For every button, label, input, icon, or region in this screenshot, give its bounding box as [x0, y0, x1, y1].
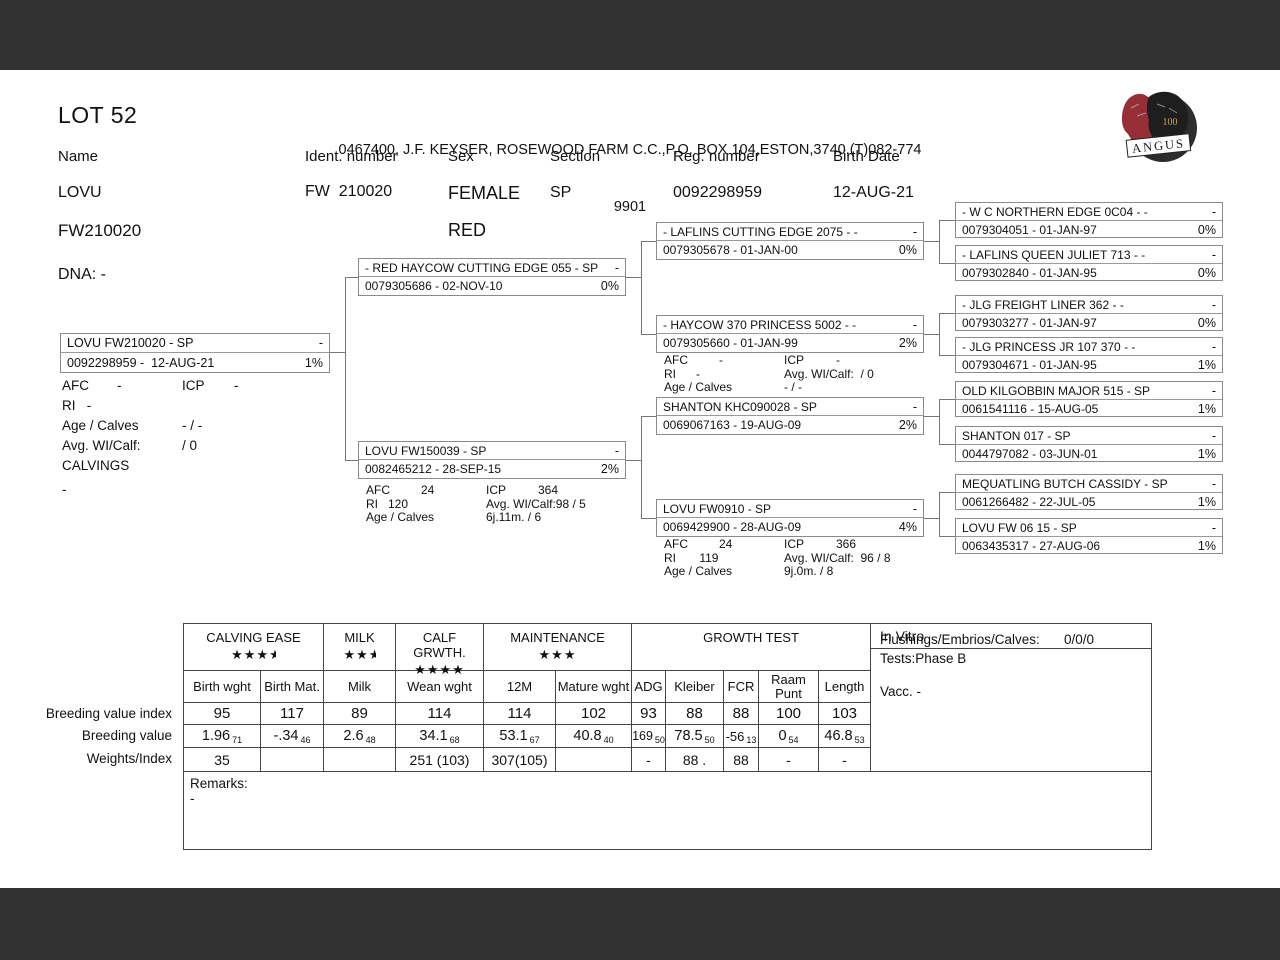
bottom-dark-bar: [0, 888, 1280, 960]
pedigree-connector: [939, 444, 955, 445]
animal-reg: 0079304671 - 01-JAN-95: [962, 358, 1097, 372]
table-cell: 2.648: [324, 725, 396, 747]
label-birth: Birth Date: [833, 148, 900, 165]
pedigree-box-dam: LOVU FW150039 - SP- 0082465212 - 28-SEP-…: [358, 441, 626, 479]
value-colour: RED: [448, 220, 486, 241]
pedigree-connector: [641, 518, 656, 519]
table-cell: 93: [632, 703, 666, 724]
table-cell: -: [819, 748, 871, 771]
table-cell: 103: [819, 703, 871, 724]
row-label-bv: Breeding value: [24, 728, 172, 743]
value-birth: 12-AUG-21: [833, 184, 914, 202]
column-header: 12M: [484, 671, 556, 702]
pedigree-connector: [939, 492, 940, 536]
table-group-row: CALVING EASE★★★★ MILK★★★ CALF GRWTH.★★★★…: [184, 624, 871, 671]
remarks-box: Remarks: -: [184, 771, 1151, 849]
animal-reg: 0069067163 - 19-AUG-09: [663, 418, 801, 432]
pedigree-connector: [939, 263, 955, 264]
label-section: Section: [550, 148, 600, 165]
animal-name: - JLG FREIGHT LINER 362 - -: [962, 298, 1124, 312]
column-header: FCR: [724, 671, 759, 702]
animal-reg: 0079305686 - 02-NOV-10: [365, 279, 502, 293]
catalog-page: LOT 52 0467400, J.F. KEYSER, ROSEWOOD FA…: [0, 0, 1280, 960]
table-cell: 307(105): [484, 748, 556, 771]
column-header: Wean wght: [396, 671, 484, 702]
pedigree-box-gen4-7: LOVU FW 06 15 - SP- 0063435317 - 27-AUG-…: [955, 518, 1223, 554]
weights-index-row: 35 251 (103) 307(105) - 88 . 88 - -: [184, 748, 871, 771]
table-cell: 88 .: [666, 748, 724, 771]
animal-reg: 0069429900 - 28-AUG-09: [663, 520, 801, 534]
invitro-panel: In Vitro Flushings/Embrios/Calves: 0/0/0…: [871, 624, 1151, 771]
pedigree-connector: [924, 416, 939, 417]
pedigree-connector: [641, 241, 642, 334]
animal-reg: 0061266482 - 22-JUL-05: [962, 495, 1095, 509]
value-name: LOVU: [58, 184, 102, 202]
performance-table: CALVING EASE★★★★ MILK★★★ CALF GRWTH.★★★★…: [183, 623, 1152, 850]
animal-name: MEQUATLING BUTCH CASSIDY - SP: [962, 477, 1168, 491]
group-calving-ease: CALVING EASE★★★★: [184, 624, 324, 670]
label-ident: Ident. number: [305, 148, 398, 165]
pedigree-connector: [641, 334, 656, 335]
row-label-bv-index: Breeding value index: [24, 706, 172, 721]
pedigree-connector: [641, 416, 642, 518]
animal-name: SHANTON KHC090028 - SP: [663, 400, 817, 414]
pedigree-box-gen4-2: - JLG FREIGHT LINER 362 - -- 0079303277 …: [955, 295, 1223, 331]
remarks-value: -: [190, 791, 1145, 806]
group-growth-test: GROWTH TEST: [632, 624, 871, 670]
column-header: Length: [819, 671, 871, 702]
pedigree-connector: [345, 277, 346, 460]
animal-reg: 0082465212 - 28-SEP-15: [365, 462, 501, 476]
animal-reg: 0061541116 - 15-AUG-05: [962, 402, 1098, 416]
table-cell: 16950: [632, 725, 666, 747]
value-name-line2: FW210020: [58, 221, 141, 241]
pedigree-box-gen3-0: - LAFLINS CUTTING EDGE 2075 - -- 0079305…: [656, 222, 924, 260]
table-cell: 46.853: [819, 725, 871, 747]
table-cell: 95: [184, 703, 261, 724]
pedigree-connector: [939, 220, 940, 263]
column-header: Birth Mat.: [261, 671, 324, 702]
gen3-dam2-stats: AFC24ICP366 RI 119Avg. WI/Calf: 96 / 8 A…: [664, 537, 924, 578]
pedigree-connector: [626, 277, 641, 278]
animal-reg: 0079302840 - 01-JAN-95: [962, 266, 1097, 280]
column-header: Milk: [324, 671, 396, 702]
pedigree-connector: [939, 536, 955, 537]
animal-reg: 0044797082 - 03-JUN-01: [962, 447, 1097, 461]
pedigree-connector: [939, 220, 955, 221]
animal-name: - LAFLINS QUEEN JULIET 713 - -: [962, 248, 1145, 262]
table-cell: -5613: [724, 725, 759, 747]
table-cell: [324, 748, 396, 771]
top-dark-bar: [0, 0, 1280, 70]
star-rating: ★★★: [324, 647, 395, 663]
pedigree-connector: [641, 241, 656, 242]
animal-reg: 0063435317 - 27-AUG-06: [962, 539, 1100, 553]
value-reg: 0092298959: [673, 184, 762, 202]
table-cell: -: [759, 748, 819, 771]
animal-name: - JLG PRINCESS JR 107 370 - -: [962, 340, 1135, 354]
breeding-value-index-row: 95 117 89 114 114 102 93 88 88 100 103: [184, 703, 871, 725]
pedigree-connector: [641, 416, 656, 417]
dna-field: DNA: -: [58, 266, 106, 284]
pedigree-connector: [939, 399, 955, 400]
pedigree-box-gen4-6: MEQUATLING BUTCH CASSIDY - SP- 006126648…: [955, 474, 1223, 510]
column-header: Birth wght: [184, 671, 261, 702]
table-cell: 53.167: [484, 725, 556, 747]
table-cell: 89: [324, 703, 396, 724]
animal-name: - LAFLINS CUTTING EDGE 2075 - -: [663, 225, 858, 239]
flushings-value: 0/0/0: [1064, 632, 1094, 647]
table-cell: [556, 748, 632, 771]
column-header: ADG: [632, 671, 666, 702]
star-rating: ★★★: [484, 647, 631, 663]
label-name: Name: [58, 148, 98, 165]
table-cell: 114: [484, 703, 556, 724]
tests-value: Tests:Phase B: [880, 651, 966, 666]
animal-name: - W C NORTHERN EDGE 0C04 - -: [962, 205, 1148, 219]
value-sex: FEMALE: [448, 183, 520, 204]
pedigree-box-gen4-3: - JLG PRINCESS JR 107 370 - -- 007930467…: [955, 337, 1223, 373]
animal-name: LOVU FW 06 15 - SP: [962, 521, 1077, 535]
breeding-value-row: 1.9671 -.3446 2.648 34.168 53.167 40.840…: [184, 725, 871, 748]
table-cell: 88: [724, 703, 759, 724]
table-cell: 35: [184, 748, 261, 771]
animal-name: - RED HAYCOW CUTTING EDGE 055 - SP: [365, 261, 598, 275]
table-cell: 78.550: [666, 725, 724, 747]
pedigree-box-subject: LOVU FW210020 - SP- 0092298959 - 12-AUG-…: [60, 333, 330, 373]
vacc-value: Vacc. -: [880, 684, 921, 699]
lot-number: LOT 52: [58, 102, 137, 129]
animal-name: - HAYCOW 370 PRINCESS 5002 - -: [663, 318, 856, 332]
pedigree-box-gen4-0: - W C NORTHERN EDGE 0C04 - -- 0079304051…: [955, 202, 1223, 238]
angus-logo-icon: 100 ANGUS: [1117, 86, 1197, 175]
table-header-row: Birth wght Birth Mat. Milk Wean wght 12M…: [184, 671, 871, 703]
table-cell: 1.9671: [184, 725, 261, 747]
star-rating: ★★★★: [184, 647, 323, 663]
animal-reg: 0079303277 - 01-JAN-97: [962, 316, 1097, 330]
table-cell: 102: [556, 703, 632, 724]
pedigree-connector: [345, 460, 358, 461]
pedigree-connector: [924, 241, 939, 242]
table-cell: 88: [666, 703, 724, 724]
table-cell: [261, 748, 324, 771]
column-header: Raam Punt: [759, 671, 819, 702]
column-header: Kleiber: [666, 671, 724, 702]
animal-name: LOVU FW210020 - SP: [67, 336, 193, 350]
pedigree-box-gen3-1: - HAYCOW 370 PRINCESS 5002 - -- 00793056…: [656, 315, 924, 353]
label-sex: Sex: [448, 148, 474, 165]
animal-name: LOVU FW150039 - SP: [365, 444, 486, 458]
pedigree-box-gen4-4: OLD KILGOBBIN MAJOR 515 - SP- 0061541116…: [955, 381, 1223, 417]
table-cell: -.3446: [261, 725, 324, 747]
gen3-dam-stats: AFC-ICP- RI -Avg. WI/Calf: / 0 Age / Cal…: [664, 353, 924, 394]
pedigree-connector: [939, 399, 940, 444]
pedigree-box-gen3-2: SHANTON KHC090028 - SP- 0069067163 - 19-…: [656, 397, 924, 435]
animal-name: OLD KILGOBBIN MAJOR 515 - SP: [962, 384, 1150, 398]
pedigree-connector: [924, 334, 939, 335]
group-maintenance: MAINTENANCE★★★: [484, 624, 632, 670]
pedigree-connector: [939, 313, 940, 355]
pedigree-box-gen3-3: LOVU FW0910 - SP- 0069429900 - 28-AUG-09…: [656, 499, 924, 537]
svg-text:100: 100: [1163, 117, 1178, 128]
pedigree-box-sire: - RED HAYCOW CUTTING EDGE 055 - SP- 0079…: [358, 258, 626, 296]
flushings-label: Flushings/Embrios/Calves:: [880, 632, 1040, 647]
pedigree-connector: [924, 518, 939, 519]
pedigree-connector: [626, 460, 641, 461]
table-cell: 054: [759, 725, 819, 747]
row-label-weights: Weights/Index: [24, 751, 172, 766]
subject-stats: AFC-ICP- RI - Age / Calves- / - Avg. WI/…: [62, 378, 330, 502]
table-cell: -: [632, 748, 666, 771]
table-cell: 114: [396, 703, 484, 724]
animal-reg: 0079304051 - 01-JAN-97: [962, 223, 1097, 237]
table-cell: 88: [724, 748, 759, 771]
breeder-address: 0467400, J.F. KEYSER, ROSEWOOD FARM C.C.…: [210, 103, 1050, 255]
pedigree-connector: [345, 277, 358, 278]
column-header: Mature wght: [556, 671, 632, 702]
table-cell: 117: [261, 703, 324, 724]
dam-stats: AFC24ICP364 RI 120Avg. WI/Calf:98 / 5 Ag…: [366, 483, 626, 524]
table-cell: 251 (103): [396, 748, 484, 771]
remarks-label: Remarks:: [190, 776, 1145, 791]
animal-reg: 0092298959 - 12-AUG-21: [67, 356, 214, 370]
animal-reg: 0079305660 - 01-JAN-99: [663, 336, 798, 350]
table-cell: 40.840: [556, 725, 632, 747]
table-cell: 100: [759, 703, 819, 724]
pedigree-connector: [939, 355, 955, 356]
pedigree-connector: [330, 352, 345, 353]
group-calf-growth: CALF GRWTH.★★★★: [396, 624, 484, 670]
table-cell: 34.168: [396, 725, 484, 747]
group-milk: MILK★★★: [324, 624, 396, 670]
pedigree-connector: [939, 313, 955, 314]
pedigree-box-gen4-5: SHANTON 017 - SP- 0044797082 - 03-JUN-01…: [955, 426, 1223, 462]
pedigree-connector: [939, 492, 955, 493]
value-ident: FW 210020: [305, 183, 392, 201]
animal-reg: 0079305678 - 01-JAN-00: [663, 243, 798, 257]
label-reg: Reg. number: [673, 148, 760, 165]
pedigree-box-gen4-1: - LAFLINS QUEEN JULIET 713 - -- 00793028…: [955, 245, 1223, 281]
value-section: SP: [550, 184, 571, 202]
animal-name: SHANTON 017 - SP: [962, 429, 1070, 443]
animal-name: LOVU FW0910 - SP: [663, 502, 771, 516]
